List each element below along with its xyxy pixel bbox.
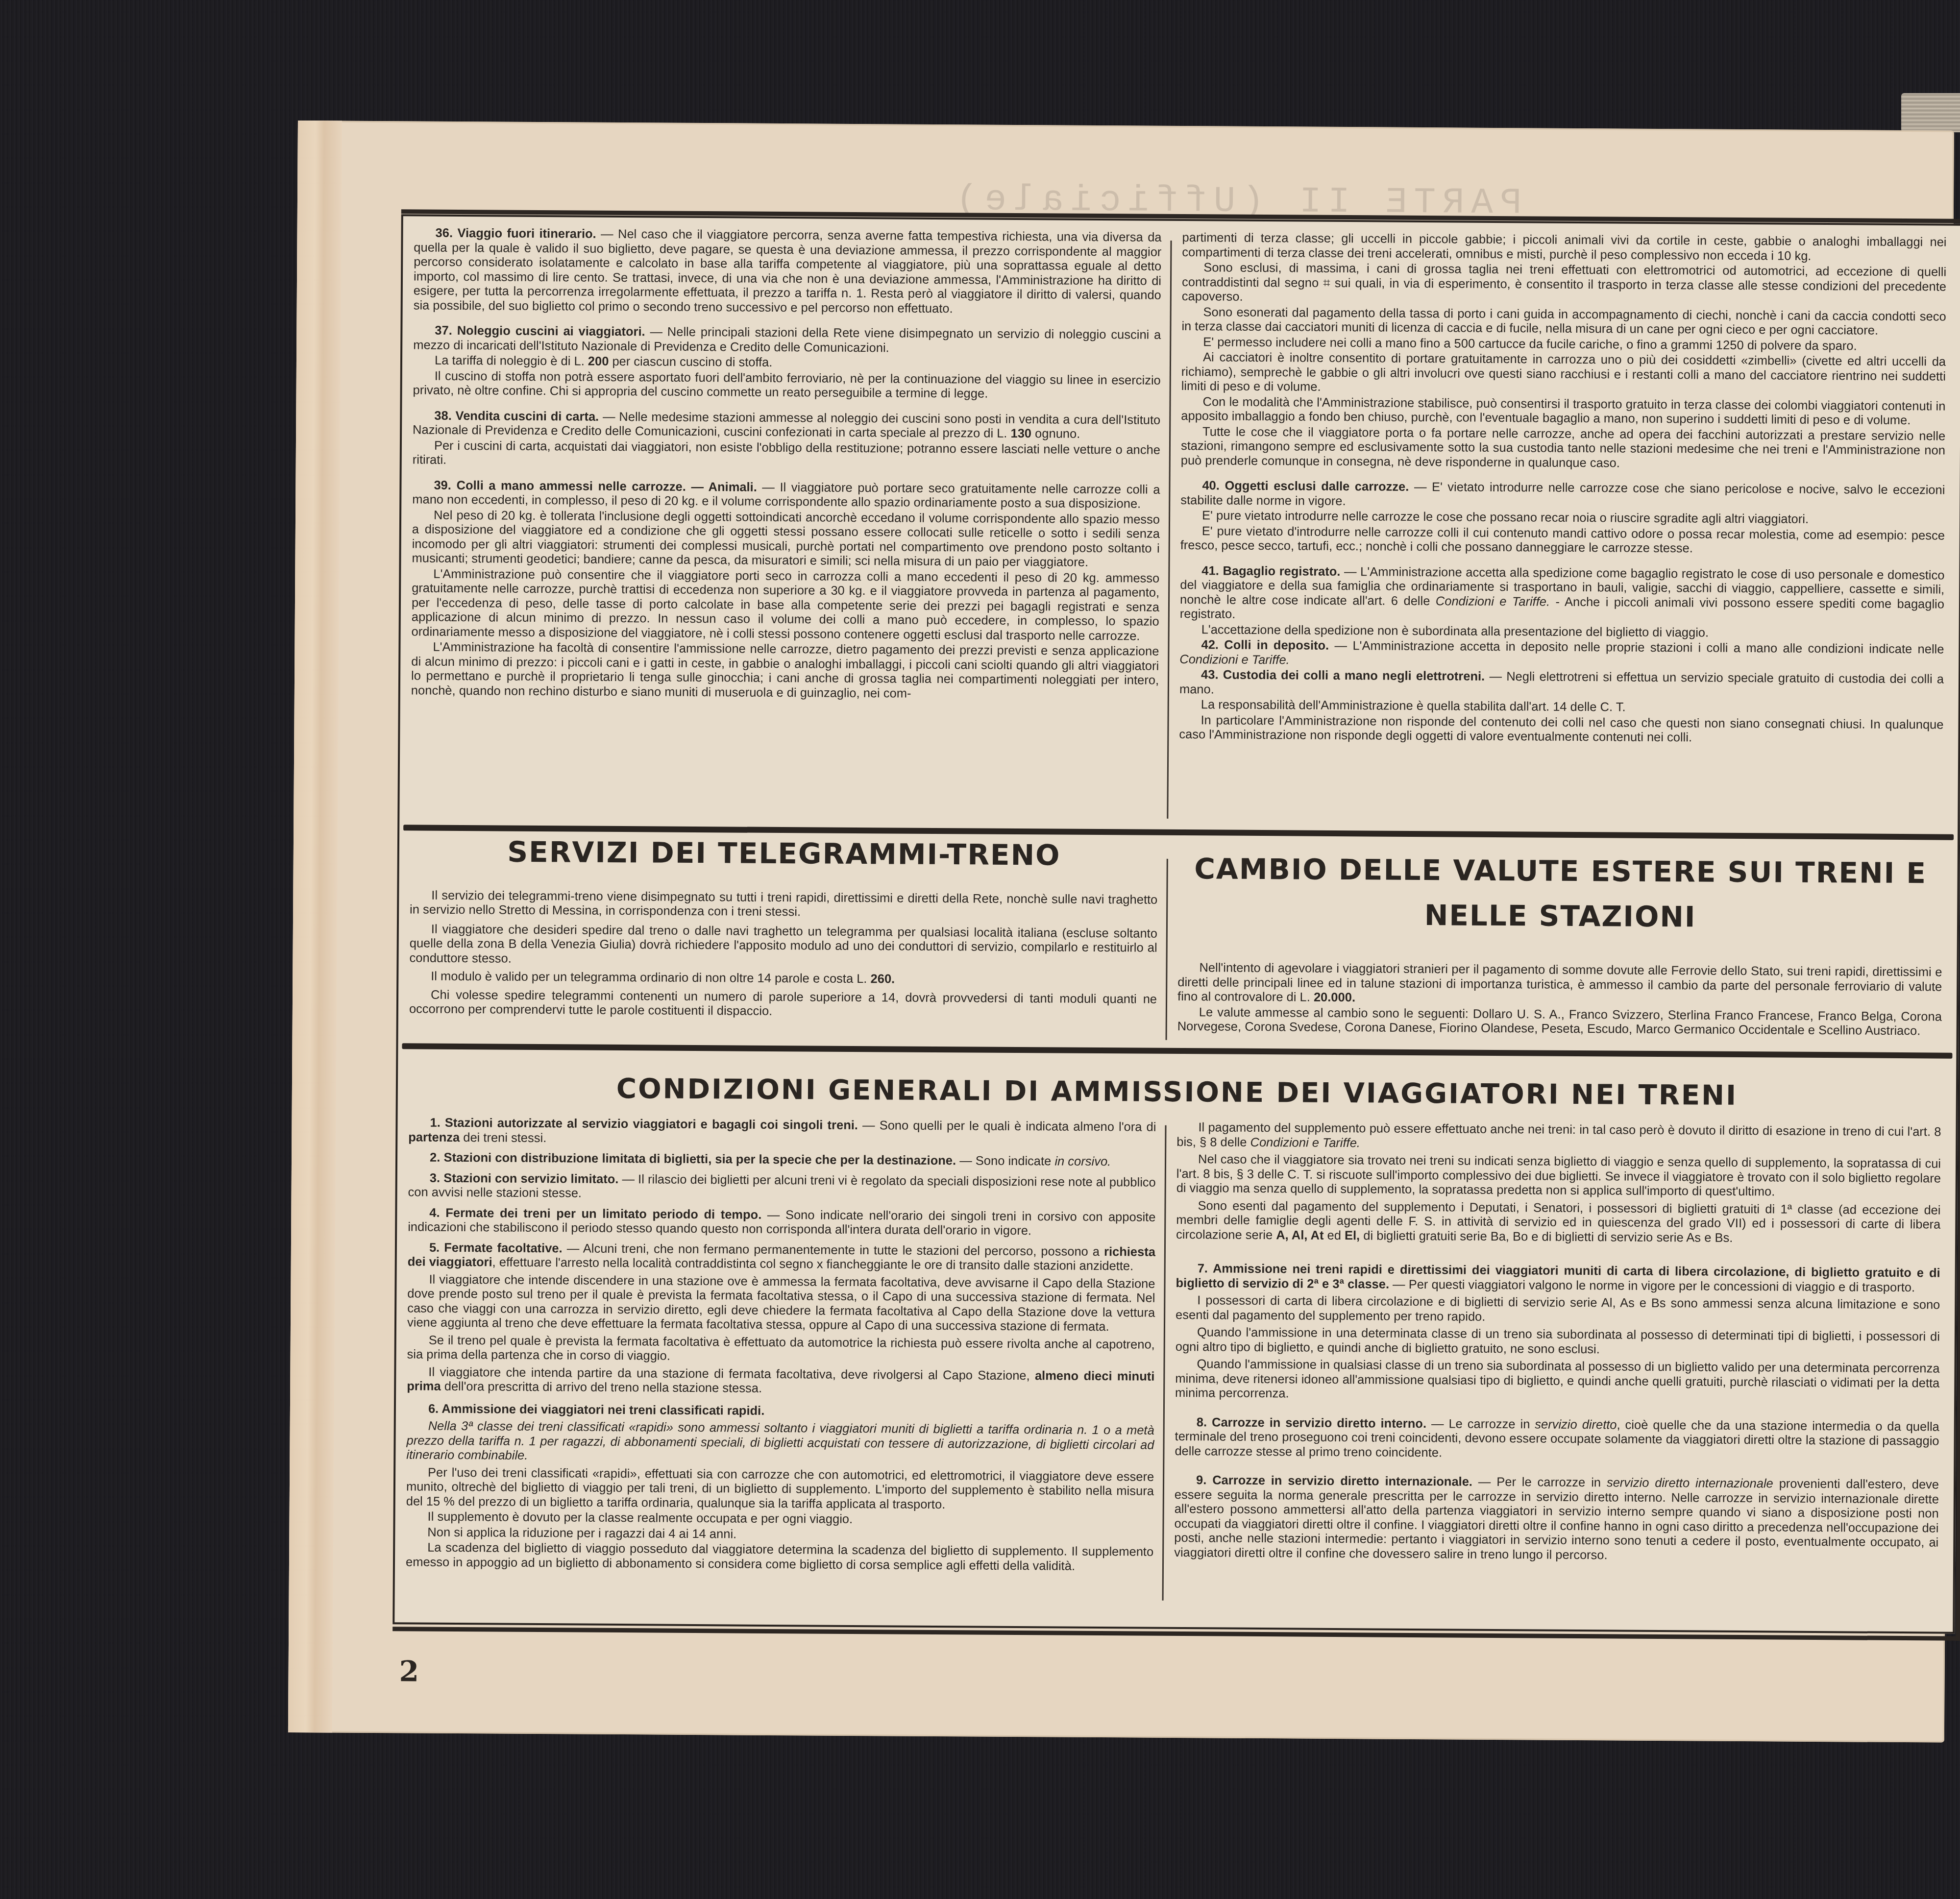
telegrams-para: Chi volesse spedire telegrammi contenent…	[409, 988, 1157, 1021]
article-37-para: Il cuscino di stoffa non potrà essere as…	[413, 369, 1161, 402]
content-frame: 36. Viaggio fuori itinerario. — Nel caso…	[392, 214, 1960, 1633]
condition-1: 1. Stazioni autorizzate al servizio viag…	[408, 1116, 1156, 1149]
currency-title-line-2: NELLE STAZIONI	[1178, 891, 1943, 941]
articles-36-43-section: 36. Viaggio fuori itinerario. — Nel caso…	[399, 226, 1960, 833]
condition-5: 5. Fermate facoltative. — Alcuni treni, …	[408, 1241, 1155, 1274]
conditions-left-column: 1. Stazioni autorizzate al servizio viag…	[405, 1116, 1156, 1610]
condition-6-continued: Il pagamento del supplemento può essere …	[1176, 1120, 1941, 1154]
column-divider	[1162, 1125, 1167, 1601]
article-37: 37. Noleggio cuscini ai viaggiatori. — N…	[413, 323, 1161, 357]
condition-4: 4. Fermate dei treni per un limitato per…	[408, 1206, 1155, 1239]
condition-6-para: Nella 3ª classe dei treni classificati «…	[406, 1419, 1154, 1467]
column-divider	[1166, 859, 1168, 1040]
telegrams-title: SERVIZI DEI TELEGRAMMI-TRENO	[410, 844, 1158, 863]
article-40: 40. Oggetti esclusi dalle carrozze. — E'…	[1180, 479, 1945, 512]
conditions-right-column: Il pagamento del supplemento può essere …	[1174, 1120, 1941, 1615]
page-left-edge	[288, 121, 342, 1732]
article-43: 43. Custodia dei colli a mano negli elet…	[1179, 668, 1944, 702]
condition-6-para: Per l'uso dei treni classificati «rapidi…	[406, 1465, 1154, 1513]
article-39-continued: partimenti di terza classe; gli uccelli …	[1182, 231, 1946, 265]
article-40-para: E' pure vietato d'introdurre nelle carro…	[1180, 524, 1945, 558]
condition-3: 3. Stazioni con servizio limitato. — Il …	[408, 1171, 1156, 1204]
article-39-para: Sono esonerati dal pagamento della tassa…	[1181, 305, 1946, 339]
article-39: 39. Colli a mano ammessi nelle carrozze.…	[412, 478, 1160, 511]
article-41: 41. Bagaglio registrato. — L'Amministraz…	[1180, 564, 1945, 627]
page-stack-edge	[1901, 93, 1960, 132]
condition-5-para: Il viaggiatore che intenda partire da un…	[407, 1365, 1154, 1398]
currency-list: Le valute ammesse al cambio sono le segu…	[1177, 1005, 1942, 1039]
article-36: 36. Viaggio fuori itinerario. — Nel caso…	[414, 226, 1162, 317]
article-39-para: Sono esclusi, di massima, i cani di gros…	[1182, 261, 1947, 309]
currency-title-line-1: CAMBIO DELLE VALUTE ESTERE SUI TRENI E	[1178, 846, 1943, 896]
condition-6: 6. Ammissione dei viaggiatori nei treni …	[407, 1402, 1154, 1421]
condition-5-para: Se il treno pel quale è prevista la ferm…	[407, 1333, 1155, 1366]
condition-2: 2. Stazioni con distribuzione limitata d…	[408, 1150, 1156, 1169]
condition-6-para: Nel caso che il viaggiatore sia trovato …	[1176, 1152, 1941, 1200]
page-number: 2	[399, 1655, 419, 1688]
article-38-para: Per i cuscini di carta, acquistati dai v…	[413, 438, 1160, 472]
articles-left-column: 36. Viaggio fuori itinerario. — Nel caso…	[410, 226, 1161, 828]
article-39-para: Ai cacciatori è inoltre consentito di po…	[1181, 350, 1946, 398]
article-39-para: L'Amministrazione ha facoltà di consenti…	[411, 640, 1159, 702]
article-39-para: Con le modalità che l'Amministrazione st…	[1181, 395, 1945, 429]
general-conditions-columns: 1. Stazioni autorizzate al servizio viag…	[394, 1116, 1956, 1615]
general-conditions-section: CONDIZIONI GENERALI DI AMMISSIONE DEI VI…	[394, 1052, 1956, 1615]
currency-title: CAMBIO DELLE VALUTE ESTERE SUI TRENI E N…	[1178, 846, 1943, 941]
general-conditions-title: CONDIZIONI GENERALI DI AMMISSIONE DEI VI…	[398, 1071, 1956, 1113]
currency-exchange-box: CAMBIO DELLE VALUTE ESTERE SUI TRENI E N…	[1177, 839, 1943, 1050]
condition-8: 8. Carrozze in servizio diretto interno.…	[1175, 1415, 1939, 1463]
telegrams-para: Il viaggiatore che desideri spedire dal …	[409, 922, 1157, 970]
condition-9: 9. Carrozze in servizio diretto internaz…	[1174, 1473, 1939, 1565]
article-39-para: Nel peso di 20 kg. è tollerata l'inclusi…	[412, 508, 1160, 570]
column-divider	[1167, 241, 1172, 819]
currency-para: Nell'intento di agevolare i viaggiatori …	[1177, 961, 1942, 1009]
telegrams-box: SERVIZI DEI TELEGRAMMI-TRENO Il servizio…	[409, 834, 1158, 1045]
telegrams-price: Il modulo è valido per un telegramma ord…	[409, 969, 1157, 988]
article-42: 42. Colli in deposito. — L'Amministrazio…	[1179, 638, 1944, 672]
condition-7-para: I possessori di carta di libera circolaz…	[1176, 1293, 1940, 1327]
article-39-para: Tutte le cose che il viaggiatore porta o…	[1181, 425, 1946, 473]
condition-6-para: La scadenza del biglietto di viaggio pos…	[406, 1540, 1153, 1574]
article-38: 38. Vendita cuscini di carta. — Nelle me…	[413, 409, 1160, 442]
frame-bottom-rule	[392, 1627, 1960, 1641]
articles-right-column: partimenti di terza classe; gli uccelli …	[1178, 231, 1946, 833]
condition-7-para: Quando l'ammissione in una determinata c…	[1176, 1325, 1940, 1359]
condition-7-para: Quando l'ammissione in qualsiasi classe …	[1175, 1357, 1940, 1405]
document-page: PARTE II (Ufficiale) 36. Viaggio fuori i…	[288, 121, 1954, 1743]
condition-5-para: Il viaggiatore che intende discendere in…	[407, 1272, 1155, 1335]
telegrams-para: Il servizio dei telegrammi-treno viene d…	[410, 888, 1157, 922]
article-43-para: In particolare l'Amministrazione non ris…	[1179, 713, 1943, 747]
notices-section: SERVIZI DEI TELEGRAMMI-TRENO Il servizio…	[398, 834, 1958, 1049]
article-39-para: L'Amministrazione può consentire che il …	[412, 567, 1160, 644]
condition-7: 7. Ammissione nei treni rapidi e diretti…	[1176, 1262, 1940, 1295]
condition-6-exemptions: Sono esenti dal pagamento del supplement…	[1176, 1198, 1941, 1246]
